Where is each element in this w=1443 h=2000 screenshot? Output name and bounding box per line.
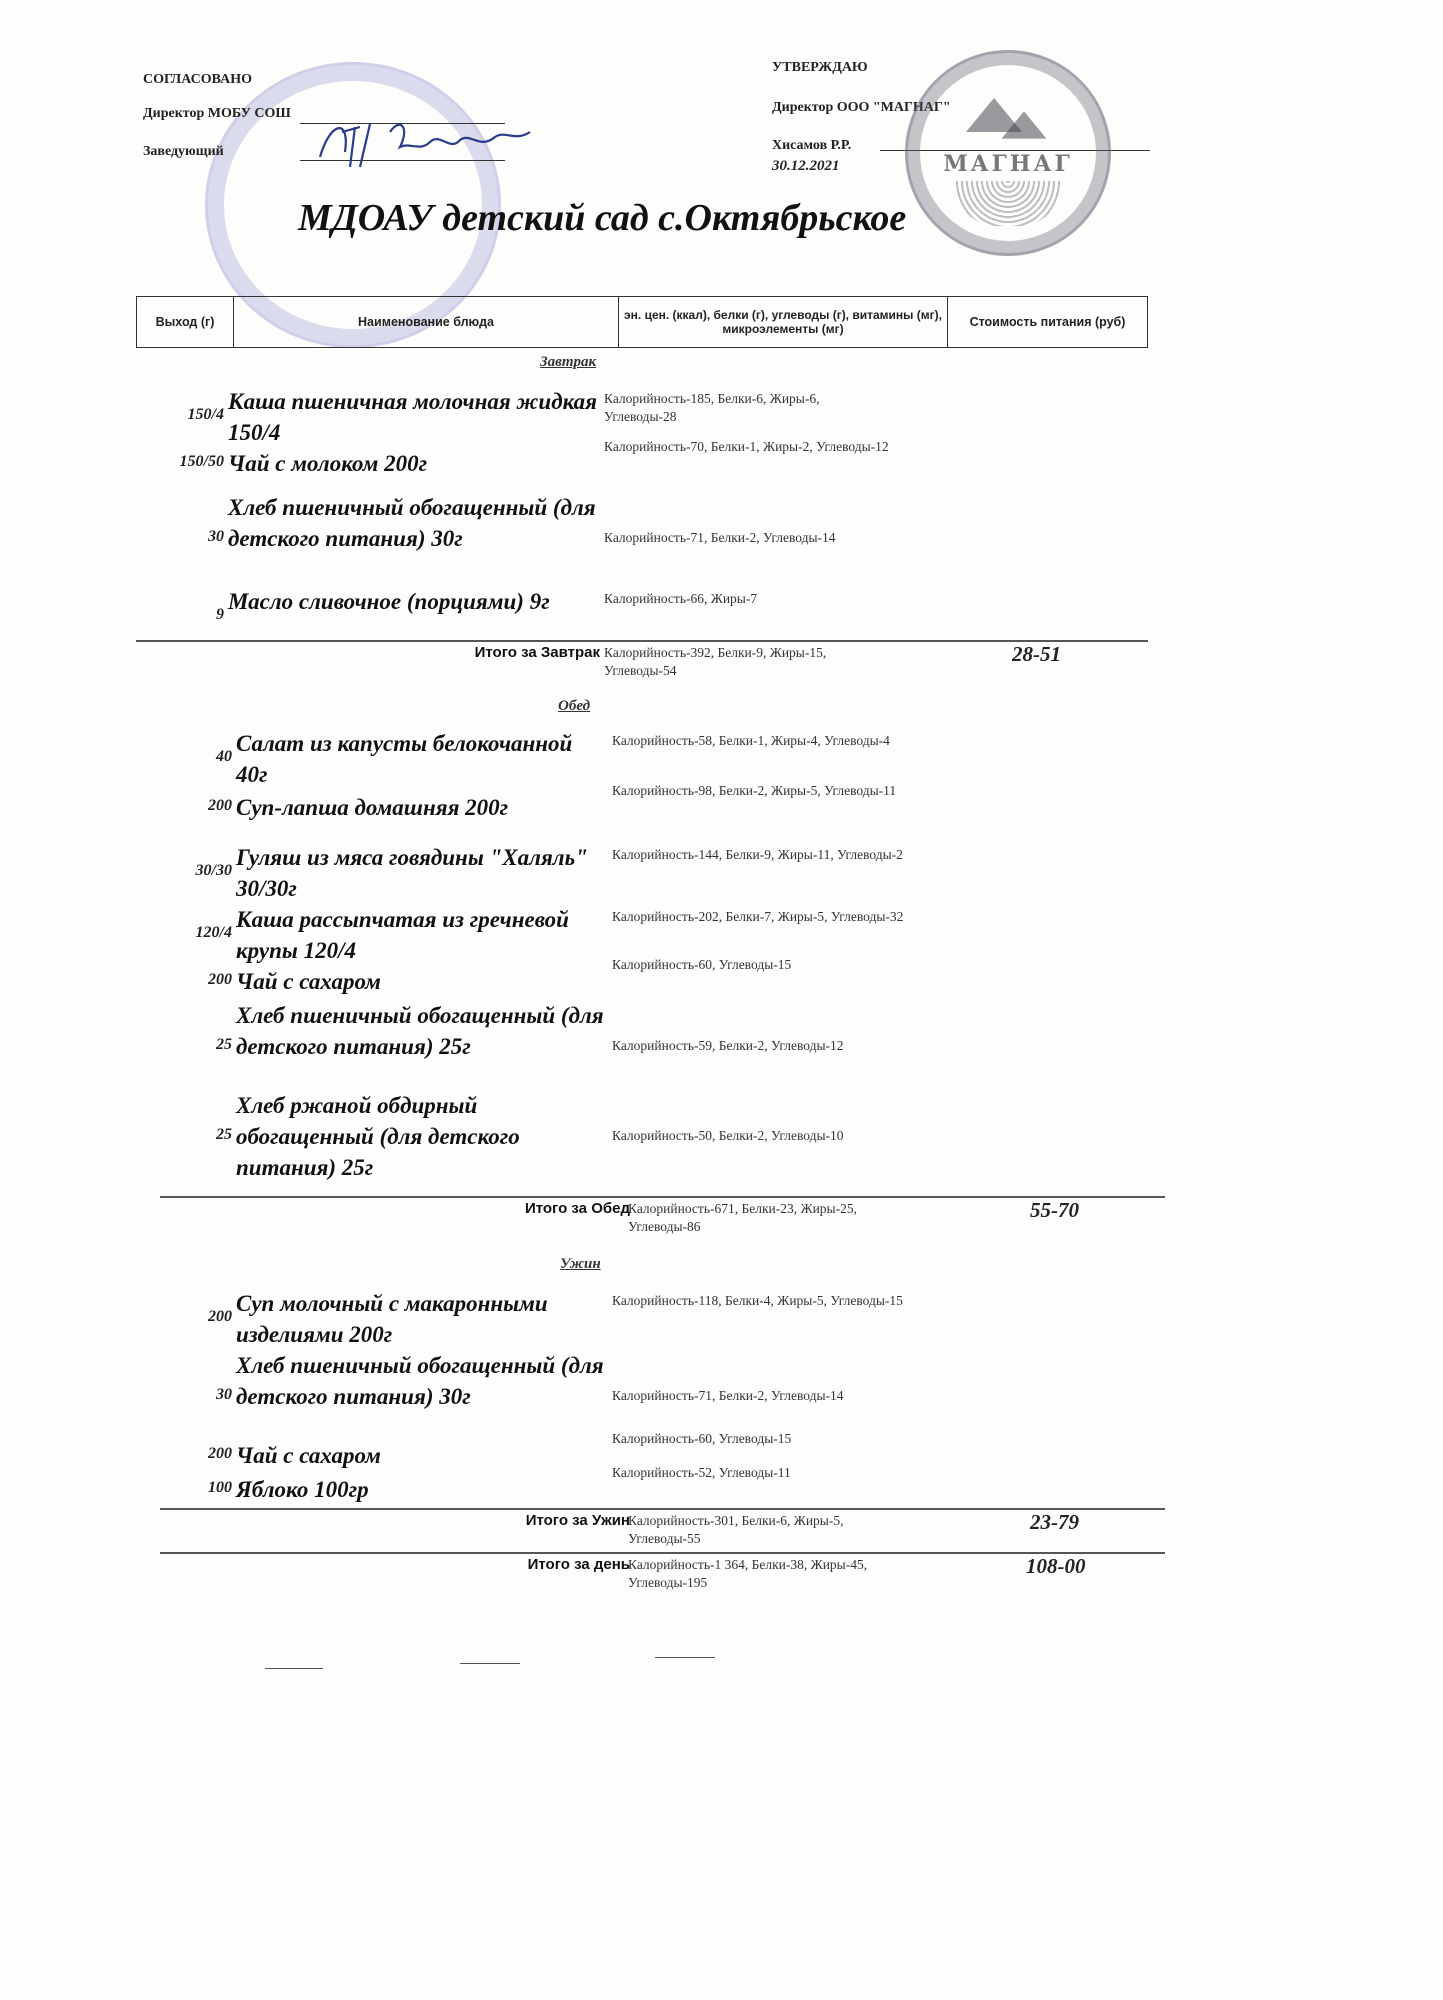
- divider: [160, 1196, 1165, 1198]
- dish-yield: 100: [144, 1479, 232, 1497]
- section-total-label: Итого за Завтрак: [360, 644, 600, 661]
- divider: [160, 1508, 1165, 1510]
- stamp-brand: МАГНАГ: [928, 151, 1088, 177]
- approval-left-position: Директор МОБУ СОШ: [143, 106, 291, 122]
- approval-right-name: Хисамов Р.Р.: [772, 138, 851, 154]
- signature-line: [265, 1668, 323, 1669]
- col-nutrition-header: эн. цен. (ккал), белки (г), углеводы (г)…: [619, 297, 948, 348]
- section-total-cost: 55-70: [1030, 1198, 1079, 1223]
- dish-yield: 200: [144, 1445, 232, 1463]
- section-total-nutrition: Калорийность-392, Белки-9, Жиры-15, Угле…: [604, 644, 894, 680]
- dish-nutrition: Калорийность-202, Белки-7, Жиры-5, Углев…: [612, 908, 912, 926]
- section-total-cost: 28-51: [1012, 642, 1061, 667]
- dish-nutrition: Калорийность-144, Белки-9, Жиры-11, Угле…: [612, 846, 912, 864]
- dish-yield: 25: [144, 1126, 232, 1144]
- col-cost-header: Стоимость питания (руб): [948, 297, 1148, 348]
- divider: [160, 1552, 1165, 1554]
- signature-line: [460, 1663, 520, 1664]
- approval-right-heading: УТВЕРЖДАЮ: [772, 60, 868, 76]
- dish-name: Хлеб пшеничный обогащенный (для детского…: [236, 1350, 628, 1412]
- dish-name: Масло сливочное (порциями) 9г: [228, 586, 600, 617]
- dish-name: Каша пшеничная молочная жидкая 150/4: [228, 386, 600, 448]
- section-total-label: Итого за Обед: [380, 1200, 630, 1217]
- dish-nutrition: Калорийность-66, Жиры-7: [604, 590, 894, 608]
- day-total-cost: 108-00: [1026, 1554, 1086, 1579]
- section-total-label: Итого за Ужин: [380, 1512, 630, 1529]
- dish-name: Каша рассыпчатая из гречневой крупы 120/…: [236, 904, 608, 966]
- dish-nutrition: Калорийность-52, Углеводы-11: [612, 1464, 912, 1482]
- dish-name: Чай с сахаром: [236, 1440, 628, 1471]
- section-total-nutrition: Калорийность-671, Белки-23, Жиры-25, Угл…: [628, 1200, 918, 1236]
- dish-name: Суп молочный с макаронными изделиями 200…: [236, 1288, 628, 1350]
- dish-nutrition: Калорийность-98, Белки-2, Жиры-5, Углево…: [612, 782, 912, 800]
- day-total-label: Итого за день: [380, 1556, 630, 1573]
- dish-name: Чай с сахаром: [236, 966, 608, 997]
- dish-nutrition: Калорийность-59, Белки-2, Углеводы-12: [612, 1037, 912, 1055]
- day-total-nutrition: Калорийность-1 364, Белки-38, Жиры-45, У…: [628, 1556, 928, 1592]
- dish-yield: 30: [144, 1386, 232, 1404]
- col-yield-header: Выход (г): [137, 297, 234, 348]
- dish-name: Хлеб ржаной обдирный обогащенный (для де…: [236, 1090, 608, 1183]
- dish-name: Яблоко 100гр: [236, 1474, 628, 1505]
- dish-nutrition: Калорийность-58, Белки-1, Жиры-4, Углево…: [612, 732, 912, 750]
- dish-nutrition: Калорийность-70, Белки-1, Жиры-2, Углево…: [604, 438, 894, 456]
- approval-date: 30.12.2021: [772, 158, 840, 175]
- approval-left-role: Заведующий: [143, 144, 224, 160]
- dish-yield: 120/4: [144, 924, 232, 942]
- col-name-header: Наименование блюда: [234, 297, 619, 348]
- dish-nutrition: Калорийность-71, Белки-2, Углеводы-14: [604, 529, 894, 547]
- dish-name: Хлеб пшеничный обогащенный (для детского…: [228, 492, 600, 554]
- dish-yield: 9: [136, 606, 224, 624]
- menu-table-header: Выход (г) Наименование блюда эн. цен. (к…: [136, 296, 1148, 348]
- mountain-icon: [1002, 111, 1047, 138]
- section-total-cost: 23-79: [1030, 1510, 1079, 1535]
- section-heading: Ужин: [560, 1256, 601, 1273]
- stamp-ornament: [953, 181, 1063, 226]
- dish-name: Чай с молоком 200г: [228, 448, 600, 479]
- dish-nutrition: Калорийность-60, Углеводы-15: [612, 1430, 912, 1448]
- divider: [136, 640, 1148, 642]
- dish-nutrition: Калорийность-50, Белки-2, Углеводы-10: [612, 1127, 912, 1145]
- dish-yield: 150/4: [136, 406, 224, 424]
- dish-name: Салат из капусты белокочанной 40г: [236, 728, 608, 790]
- dish-yield: 200: [144, 1308, 232, 1326]
- dish-nutrition: Калорийность-71, Белки-2, Углеводы-14: [612, 1387, 912, 1405]
- dish-yield: 200: [144, 797, 232, 815]
- dish-yield: 40: [144, 748, 232, 766]
- company-stamp: МАГНАГ: [905, 50, 1111, 256]
- section-total-nutrition: Калорийность-301, Белки-6, Жиры-5, Углев…: [628, 1512, 918, 1548]
- approval-left-heading: СОГЛАСОВАНО: [143, 72, 252, 88]
- dish-name: Суп-лапша домашняя 200г: [236, 792, 608, 823]
- dish-yield: 30/30: [144, 862, 232, 880]
- dish-name: Хлеб пшеничный обогащенный (для детского…: [236, 1000, 608, 1062]
- signature-icon: [300, 112, 560, 172]
- dish-nutrition: Калорийность-118, Белки-4, Жиры-5, Углев…: [612, 1292, 912, 1310]
- dish-nutrition: Калорийность-185, Белки-6, Жиры-6, Углев…: [604, 390, 894, 426]
- dish-yield: 25: [144, 1036, 232, 1054]
- dish-yield: 200: [144, 971, 232, 989]
- dish-yield: 150/50: [136, 453, 224, 471]
- section-heading: Завтрак: [540, 354, 596, 371]
- dish-yield: 30: [136, 528, 224, 546]
- dish-nutrition: Калорийность-60, Углеводы-15: [612, 956, 912, 974]
- dish-name: Гуляш из мяса говядины "Халяль" 30/30г: [236, 842, 608, 904]
- signature-line: [655, 1657, 715, 1658]
- page-title: МДОАУ детский сад с.Октябрьское: [298, 196, 906, 240]
- section-heading: Обед: [558, 698, 590, 715]
